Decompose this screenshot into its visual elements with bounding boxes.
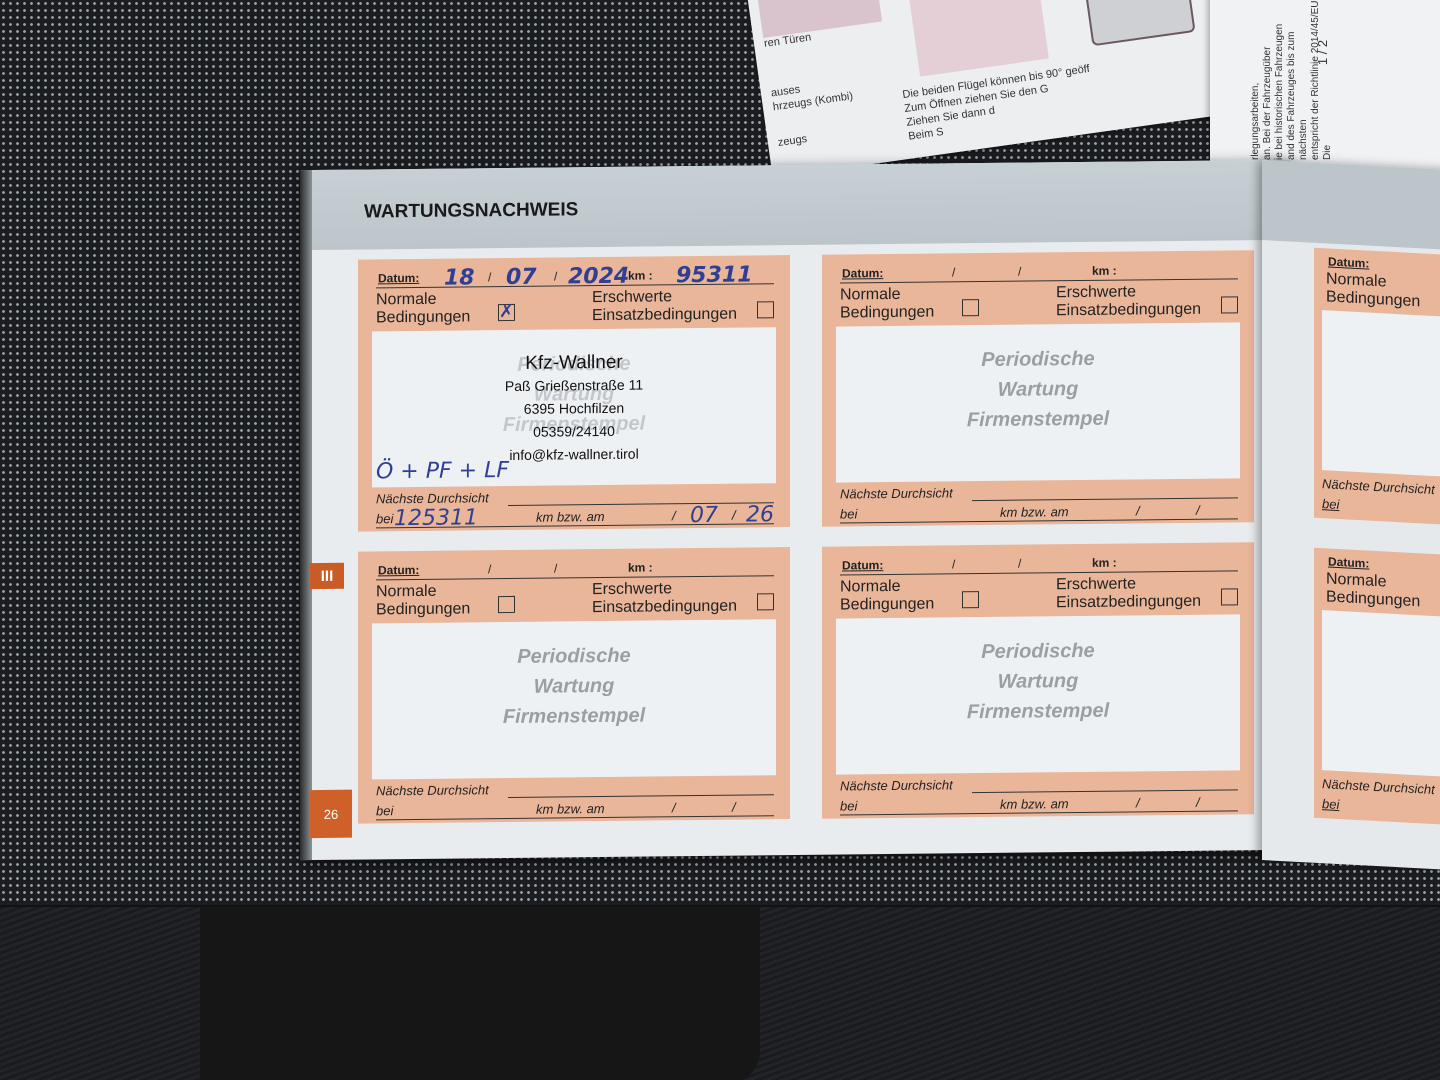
- service-entry-2: Datum: / / km : Normale Bedingungen Ersc…: [822, 250, 1254, 527]
- normal-conditions-checkbox[interactable]: [962, 299, 979, 316]
- label-line: Einsatzbedingungen: [592, 598, 737, 618]
- next-inspection-row: Nächste Durchsicht: [840, 774, 1238, 792]
- date-separator: /: [1018, 557, 1021, 571]
- next-page-partial: Datum: NormaleBedingungen Nächste Durchs…: [1262, 160, 1440, 870]
- label-line: Normale: [840, 578, 934, 597]
- km-or-date-label: km bzw. am: [1000, 504, 1069, 520]
- severe-conditions-label: Erschwerte Einsatzbedingungen: [592, 288, 737, 326]
- next-inspection-values: bei 125311 km bzw. am / 07 / 26: [376, 505, 774, 528]
- normal-conditions-checkbox[interactable]: [498, 304, 515, 321]
- label-line: Erschwerte: [592, 580, 737, 600]
- label-line: Bedingungen: [376, 600, 470, 619]
- normal-conditions-label: Normale Bedingungen: [840, 286, 934, 323]
- background-manual-page: ren Türen auses hrzeugs (Kombi) zeugs Di…: [745, 0, 1288, 178]
- stamp-area: Periodische Wartung Firmenstempel Kfz-Wa…: [372, 327, 776, 487]
- diagram-image: [755, 0, 882, 38]
- datum-label: Datum:: [1328, 254, 1369, 270]
- km-or-date-label: km bzw. am: [1000, 796, 1069, 812]
- service-note[interactable]: Ö + PF + LF: [376, 458, 509, 484]
- km-or-date-label: km bzw. am: [536, 801, 605, 817]
- datum-label: Datum:: [1328, 554, 1369, 570]
- paper-line: an. Bei der Fahrzeugüber: [1262, 0, 1274, 160]
- datum-label: Datum:: [378, 563, 419, 577]
- label-line: Normale: [840, 286, 934, 305]
- date-separator: /: [732, 800, 736, 815]
- label-line: Bedingungen: [1326, 288, 1420, 311]
- date-month-field[interactable]: 07: [506, 265, 537, 290]
- date-separator: /: [952, 557, 955, 571]
- normal-conditions-label: Normale Bedingungen: [376, 582, 470, 619]
- date-row: Datum: / / km : 18 07 2024 95311: [376, 263, 774, 288]
- label-line: Bedingungen: [376, 308, 470, 327]
- datum-label: Datum:: [378, 271, 419, 285]
- booklet-spine: [300, 170, 312, 860]
- severe-conditions-label: Erschwerte Einsatzbedingungen: [592, 580, 737, 618]
- service-entry-5: Datum: NormaleBedingungen Nächste Durchs…: [1314, 248, 1440, 527]
- next-year-field[interactable]: 26: [746, 502, 774, 527]
- km-label: km :: [628, 268, 653, 282]
- bei-label: bei: [1322, 796, 1339, 812]
- header-band: WARTUNGSNACHWEIS: [312, 160, 1290, 250]
- normal-conditions-label: Normale Bedingungen: [376, 290, 470, 327]
- workshop-stamp: Kfz-Wallner Paß Grießenstraße 11 6395 Ho…: [372, 349, 776, 468]
- normal-conditions-checkbox[interactable]: [962, 591, 979, 608]
- date-separator: /: [554, 269, 557, 283]
- label-line: Bedingungen: [840, 304, 934, 323]
- date-separator: /: [1018, 265, 1021, 279]
- paper-text: zeugs: [777, 133, 808, 149]
- paper-line: and des Fahrzeuges bis zum nächsten: [1286, 0, 1310, 160]
- next-inspection-row: Nächste Durchsicht: [376, 779, 774, 797]
- label-line: Normale: [376, 290, 470, 309]
- bei-label: bei: [376, 511, 393, 526]
- severe-conditions-checkbox[interactable]: [757, 593, 774, 610]
- normal-conditions-label: NormaleBedingungen: [1326, 570, 1420, 611]
- date-row: Datum: / / km :: [840, 550, 1238, 575]
- km-label: km :: [1092, 264, 1117, 278]
- label-line: Einsatzbedingungen: [1056, 593, 1201, 613]
- service-entry-3: Datum: / / km : Normale Bedingungen Ersc…: [358, 547, 790, 824]
- stamp-placeholder: Periodische Wartung Firmenstempel: [836, 342, 1240, 436]
- header-band: [1262, 160, 1440, 250]
- severe-conditions-label: Erschwerte Einsatzbedingungen: [1056, 575, 1201, 613]
- km-or-date-label: km bzw. am: [536, 509, 605, 525]
- label-line: Einsatzbedingungen: [1056, 301, 1201, 321]
- km-label: km :: [1092, 556, 1117, 570]
- km-field[interactable]: 95311: [676, 262, 753, 288]
- bei-label: bei: [840, 798, 857, 813]
- service-entry-1: Datum: / / km : 18 07 2024 95311 Normale…: [358, 255, 790, 532]
- seat-fabric: [0, 905, 1440, 1080]
- date-year-field[interactable]: 2024: [568, 264, 629, 290]
- label-line: Erschwerte: [1056, 283, 1201, 303]
- bei-label: bei: [376, 803, 393, 818]
- next-inspection-label: Nächste Durchsicht: [1322, 776, 1435, 797]
- date-separator: /: [1196, 503, 1200, 518]
- chapter-tab: III: [310, 563, 344, 589]
- severe-conditions-checkbox[interactable]: [1221, 588, 1238, 605]
- label-line: Bedingungen: [840, 596, 934, 615]
- placeholder-line: Periodische: [836, 342, 1240, 376]
- datum-label: Datum:: [842, 558, 883, 572]
- date-separator: /: [1196, 795, 1200, 810]
- normal-conditions-label: NormaleBedingungen: [1326, 270, 1420, 311]
- service-booklet: WARTUNGSNACHWEIS III 26 Datum: / / km : …: [300, 160, 1290, 860]
- van-illustration: [905, 0, 1049, 77]
- stamp-area: [1322, 310, 1440, 479]
- placeholder-line: Wartung: [372, 669, 776, 703]
- date-day-field[interactable]: 18: [444, 265, 475, 290]
- label-line: Normale: [376, 582, 470, 601]
- paper-text: Beim S: [908, 126, 945, 143]
- van-icon: [1081, 0, 1196, 46]
- placeholder-line: Wartung: [836, 372, 1240, 406]
- next-inspection-label: Nächste Durchsicht: [840, 777, 953, 793]
- next-inspection-label: Nächste Durchsicht: [376, 782, 489, 798]
- normal-conditions-checkbox[interactable]: [498, 596, 515, 613]
- date-separator: /: [732, 508, 736, 523]
- page-title: WARTUNGSNACHWEIS: [364, 199, 578, 223]
- next-month-field[interactable]: 07: [690, 503, 718, 528]
- date-separator: /: [672, 800, 676, 815]
- placeholder-line: Periodische: [372, 639, 776, 673]
- date-separator: /: [952, 265, 955, 279]
- stamp-area: Periodische Wartung Firmenstempel: [372, 619, 776, 779]
- rotated-text: rlegungsarbeiten, an. Bei der Fahrzeugüb…: [1250, 0, 1334, 160]
- severe-conditions-label: Erschwerte Einsatzbedingungen: [1056, 283, 1201, 321]
- bei-label: bei: [840, 506, 857, 521]
- placeholder-line: Firmenstempel: [836, 694, 1240, 728]
- placeholder-line: Periodische: [836, 634, 1240, 668]
- date-separator: /: [488, 270, 491, 284]
- date-separator: /: [1136, 503, 1140, 518]
- page-number: 26: [310, 790, 352, 838]
- normal-conditions-label: Normale Bedingungen: [840, 578, 934, 615]
- severe-conditions-checkbox[interactable]: [1221, 296, 1238, 313]
- next-inspection-label: Nächste Durchsicht: [1322, 476, 1435, 497]
- bei-label: bei: [1322, 496, 1339, 512]
- label-line: Erschwerte: [592, 288, 737, 308]
- next-inspection-values: bei km bzw. am / /: [840, 792, 1238, 815]
- date-separator: /: [672, 508, 676, 523]
- service-entry-4: Datum: / / km : Normale Bedingungen Ersc…: [822, 542, 1254, 819]
- next-inspection-values: bei km bzw. am / /: [840, 500, 1238, 523]
- paper-line: ie bei historischen Fahrzeugen: [1274, 0, 1286, 160]
- paper-line: entspricht der Richtlinie 2014/45/EU. Di…: [1310, 0, 1334, 160]
- date-row: Datum: / / km :: [840, 258, 1238, 283]
- paper-line: rlegungsarbeiten,: [1250, 0, 1262, 160]
- label-line: Bedingungen: [1326, 588, 1420, 611]
- date-separator: /: [554, 561, 557, 575]
- next-inspection-label: Nächste Durchsicht: [840, 485, 953, 501]
- severe-conditions-checkbox[interactable]: [757, 301, 774, 318]
- datum-label: Datum:: [842, 266, 883, 280]
- label-line: Erschwerte: [1056, 575, 1201, 595]
- next-inspection-values: bei km bzw. am / /: [376, 797, 774, 820]
- placeholder-line: Wartung: [836, 664, 1240, 698]
- seat-shadow: [200, 907, 760, 1080]
- next-inspection-row: Nächste Durchsicht: [840, 482, 1238, 500]
- km-label: km :: [628, 560, 653, 574]
- stamp-area: Periodische Wartung Firmenstempel: [836, 614, 1240, 774]
- next-km-field[interactable]: 125311: [394, 505, 478, 531]
- next-inspection-label: Nächste Durchsicht: [376, 490, 489, 506]
- date-row: Datum: / / km :: [376, 555, 774, 580]
- date-separator: /: [488, 562, 491, 576]
- placeholder-line: Firmenstempel: [372, 699, 776, 733]
- stamp-placeholder: Periodische Wartung Firmenstempel: [372, 639, 776, 733]
- stamp-placeholder: Periodische Wartung Firmenstempel: [836, 634, 1240, 728]
- stamp-area: [1322, 610, 1440, 779]
- label-line: Einsatzbedingungen: [592, 306, 737, 326]
- service-entry-6: Datum: NormaleBedingungen Nächste Durchs…: [1314, 548, 1440, 827]
- stamp-area: Periodische Wartung Firmenstempel: [836, 322, 1240, 482]
- date-separator: /: [1136, 795, 1140, 810]
- placeholder-line: Firmenstempel: [836, 402, 1240, 436]
